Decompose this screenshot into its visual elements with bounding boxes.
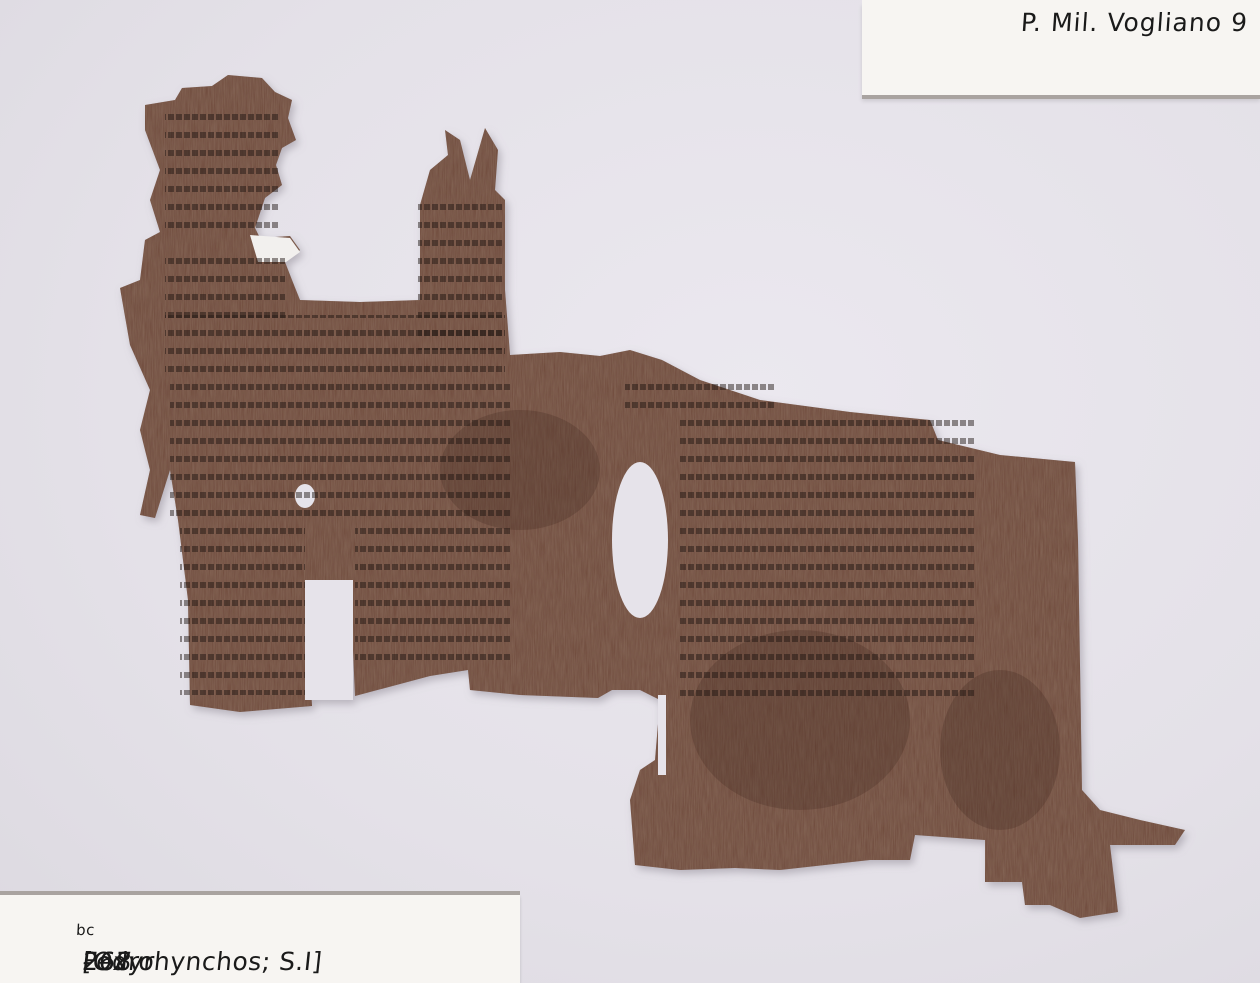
papyrus-image	[0, 0, 1260, 983]
label-top-text: P. Mil. Vogliano 9	[1020, 8, 1249, 37]
papyrus-fragment	[0, 0, 1260, 983]
label-provenance: [Oxyrhynchos; S.I]	[81, 947, 324, 976]
specimen-label-top: P. Mil. Vogliano 9	[862, 0, 1260, 95]
specimen-label-bottom: Fedro 267b - 268c [Oxyrhynchos; S.I]	[0, 895, 520, 983]
label-range-end-sup: c	[86, 921, 96, 939]
label-bottom-text: Fedro 267b - 268c [Oxyrhynchos; S.I]	[41, 921, 95, 950]
